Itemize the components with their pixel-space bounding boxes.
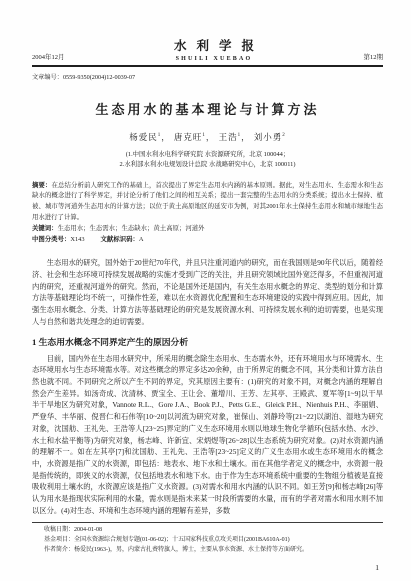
journal-header-row: 2004年12月 水利学报 SHUILI XUEBAO 第12期 (32, 36, 383, 62)
issue-number: 第12期 (364, 52, 384, 62)
header-divider (32, 65, 383, 67)
author-name: 王浩 (219, 132, 238, 142)
author: 唐克旺1， (174, 132, 216, 142)
clc-value: X143 (70, 236, 84, 243)
author-separator: ， (206, 132, 216, 142)
abstract-label: 摘要： (32, 182, 52, 189)
abstract-text: 在总结分析前人研究工作的基础上，首次提出了界定生态用水内涵的基本原则。据此，对生… (32, 182, 383, 221)
doc-code-label: 文献标识码： (101, 236, 139, 243)
affiliation-1: (1.中国水利水电科学研究院 水资源研究所，北京 100044； (32, 150, 383, 160)
keywords-text: 生态用水；生态需水；生态缺水；黄土高原；河道外 (58, 225, 205, 232)
author-line: 杨爱民1， 唐克旺1， 王浩1， 刘小勇2 (32, 131, 383, 143)
author-affil-sup: 2 (282, 133, 286, 138)
keywords-line: 关键词：生态用水；生态需水；生态缺水；黄土高原；河道外 (32, 224, 383, 235)
article-meta: 摘要：在总结分析前人研究工作的基础上，首次提出了界定生态用水内涵的基本原则。据此… (32, 181, 383, 246)
author-name: 杨爱民 (129, 132, 158, 142)
author-name: 唐克旺 (174, 132, 203, 142)
keywords-label: 关键词： (32, 225, 58, 232)
author: 刘小勇2 (254, 132, 286, 142)
affiliation-2: 2.水利部水利水电规划设计总院 水战略研究中心，北京 100011) (32, 160, 383, 170)
section-1-paragraph: 目前，国内外在生态用水研究中，所采用的概念除生态用水、生态需水外，还有环境用水与… (32, 353, 383, 517)
author: 王浩1， (219, 132, 251, 142)
author-bio-line: 作者简介：杨爱民(1963-)，男，内蒙古扎赉特旗人，博士，主要从事水资源、水土… (44, 546, 383, 556)
clc-label: 中图分类号： (32, 236, 70, 243)
issue-date: 2004年12月 (32, 52, 65, 62)
page-number: 1 (32, 563, 383, 572)
author-bio-label: 作者简介： (44, 547, 74, 553)
article-number-label: 文章编号： (32, 74, 63, 81)
received-date-label: 收稿日期： (44, 527, 74, 533)
author-separator: ， (161, 132, 171, 142)
affiliations: (1.中国水利水电科学研究院 水资源研究所，北京 100044； 2.水利部水利… (32, 150, 383, 170)
classification-line: 中图分类号：X143文献标识码：A (32, 235, 383, 246)
received-date-value: 2004-01-08 (74, 527, 102, 533)
article-title: 生态用水的基本理论与计算方法 (32, 99, 383, 118)
paper-page: 2004年12月 水利学报 SHUILI XUEBAO 第12期 文章编号：05… (0, 0, 411, 581)
footnote-block: 收稿日期：2004-01-08 基金项目：全国水资源综合规划专题(01-06-0… (32, 522, 383, 555)
author-bio-value: 杨爱民(1963-)，男，内蒙古扎赉特旗人，博士，主要从事水资源、水土保持等方面… (74, 547, 308, 553)
intro-paragraph: 生态用水的研究，国外始于20世纪70年代，并且只注重河道内的研究，而在我国则是9… (32, 257, 383, 327)
doc-code-value: A (139, 236, 144, 243)
fund-label: 基金项目： (44, 537, 74, 543)
footnote-lines: 收稿日期：2004-01-08 基金项目：全国水资源综合规划专题(01-06-0… (32, 526, 383, 555)
journal-header: 2004年12月 水利学报 SHUILI XUEBAO 第12期 文章编号：05… (32, 36, 383, 81)
journal-title-block: 水利学报 SHUILI XUEBAO (65, 36, 364, 62)
fund-line: 基金项目：全国水资源综合规划专题(01-06-02)；十五国家科技重点攻关项目(… (44, 536, 383, 546)
author-name: 刘小勇 (254, 132, 283, 142)
section-1-heading: 1 生态用水概念不同界定产生的原因分析 (32, 335, 383, 348)
article-number-line: 文章编号：0559-9350(2004)12-0039-07 (32, 72, 383, 81)
author-separator: ， (241, 132, 251, 142)
received-date-line: 收稿日期：2004-01-08 (44, 526, 383, 536)
author: 杨爱民1， (129, 132, 171, 142)
journal-title: 水利学报 (65, 36, 364, 54)
body-text: 生态用水的研究，国外始于20世纪70年代，并且只注重河道内的研究，而在我国则是9… (32, 257, 383, 516)
fund-value: 全国水资源综合规划专题(01-06-02)；十五国家科技重点攻关项目(2001B… (74, 537, 290, 543)
journal-title-pinyin: SHUILI XUEBAO (65, 56, 364, 62)
footnote-divider (32, 522, 383, 523)
article-number-value: 0559-9350(2004)12-0039-07 (63, 74, 135, 81)
abstract: 摘要：在总结分析前人研究工作的基础上，首次提出了界定生态用水内涵的基本原则。据此… (32, 181, 383, 224)
